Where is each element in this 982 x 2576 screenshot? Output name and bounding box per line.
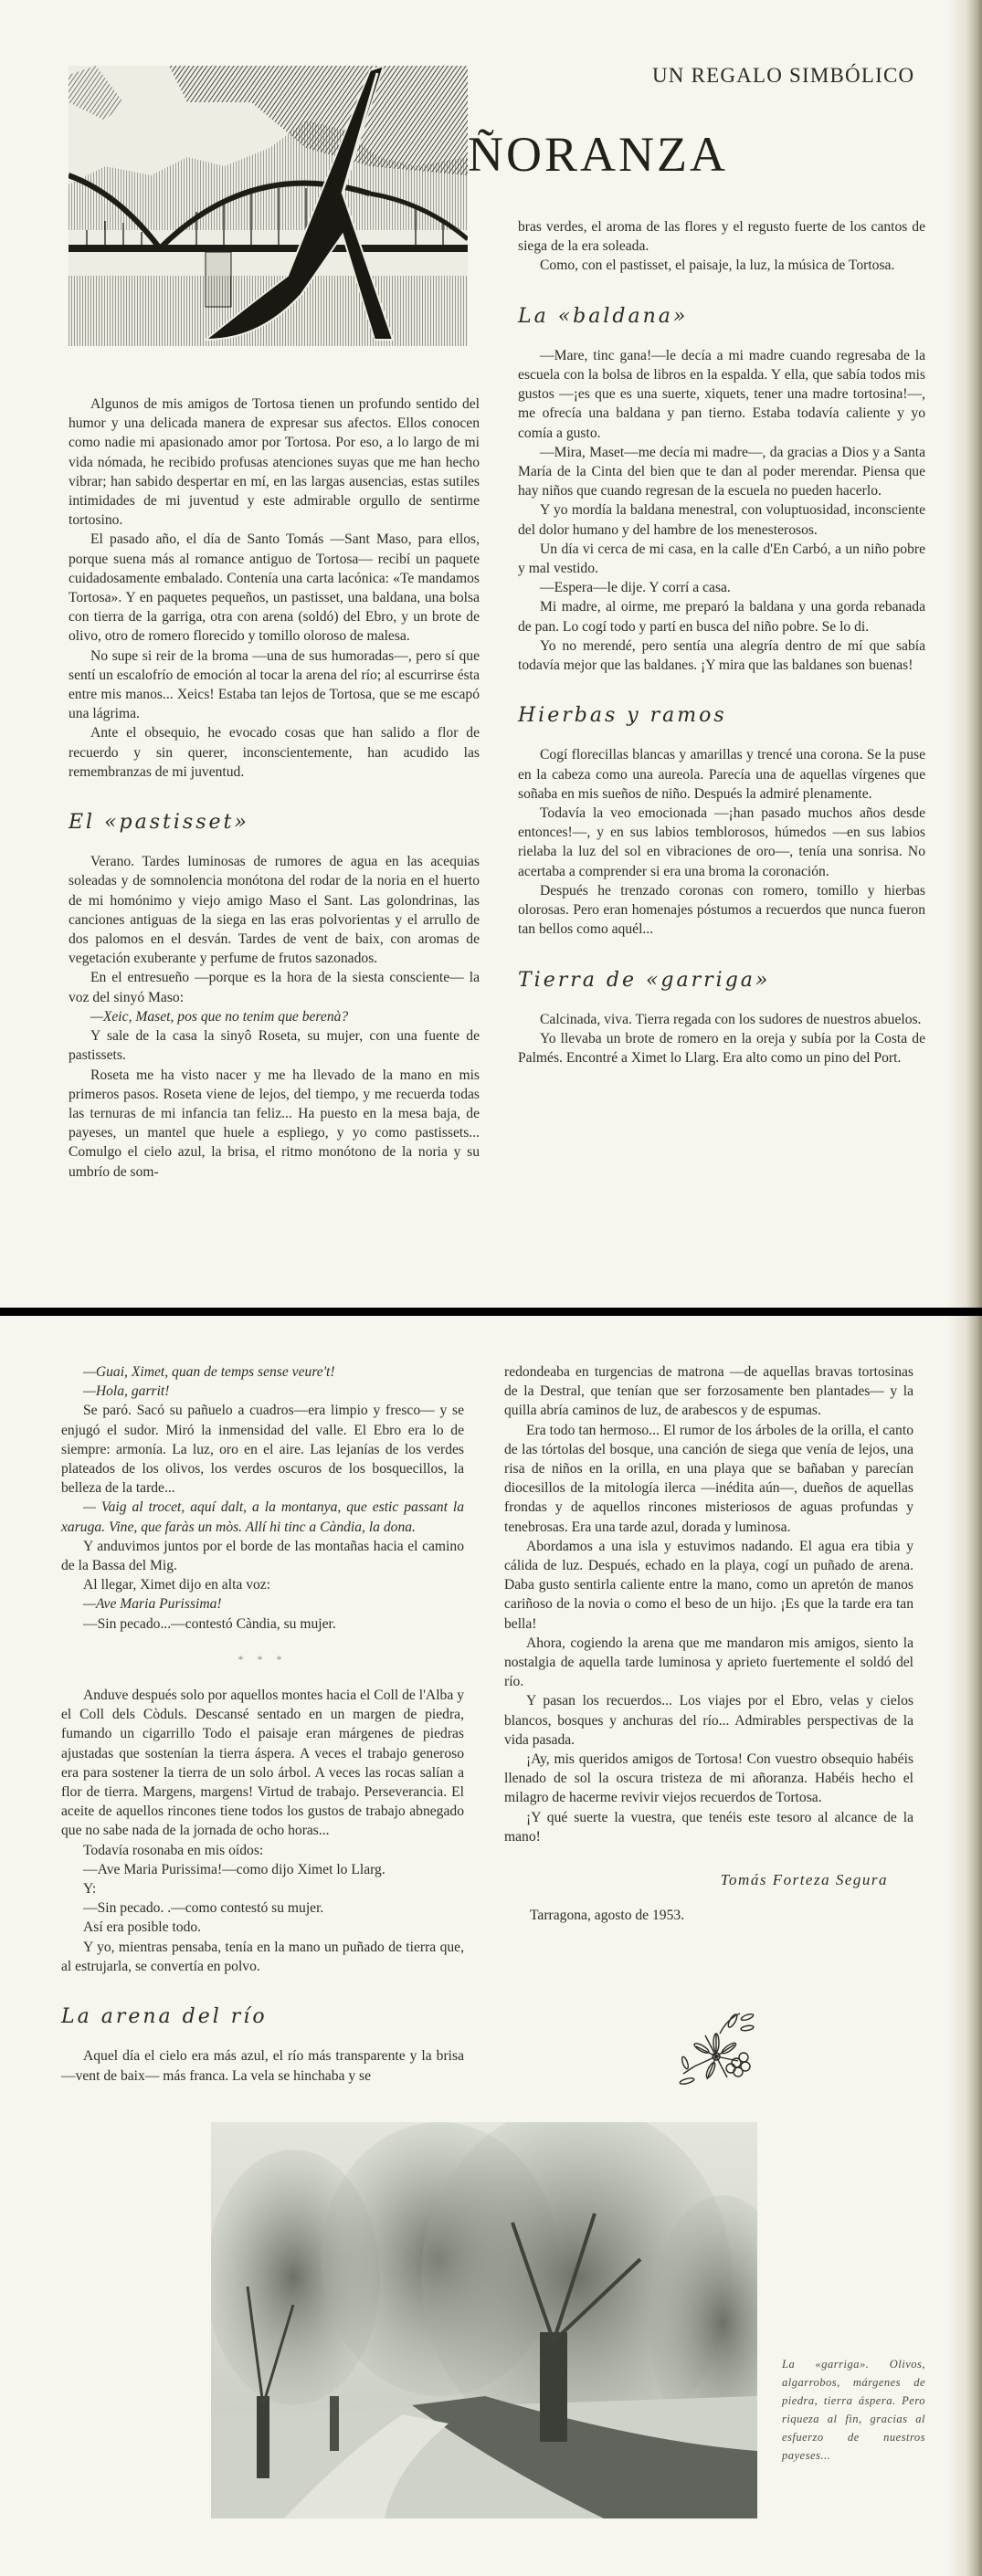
page2-left-column: —Guai, Ximet, quan de temps sense veure'… bbox=[61, 1362, 464, 2086]
paragraph: Al llegar, Ximet dijo en alta voz: bbox=[61, 1575, 464, 1594]
dialogue-line: —Ave Maria Purissima!—como dijo Ximet lo… bbox=[61, 1860, 464, 1879]
paragraph: Después he trenzado coronas con romero, … bbox=[518, 881, 925, 940]
section-separator: * * * bbox=[61, 1650, 464, 1669]
paragraph: Un día vi cerca de mi casa, en la calle … bbox=[518, 540, 925, 578]
author-signature: Tomás Forteza Segura bbox=[504, 1870, 913, 1889]
paragraph: ¡Y qué suerte la vuestra, que tenéis est… bbox=[504, 1808, 913, 1846]
running-head: UN REGALO SIMBÓLICO bbox=[652, 64, 914, 88]
paragraph: Roseta me ha visto nacer y me ha llevado… bbox=[69, 1066, 480, 1182]
paragraph: Todavía rosonaba en mis oídos: bbox=[61, 1841, 464, 1860]
olive-grove-photo bbox=[211, 2122, 757, 2518]
paragraph: Cogí florecillas blancas y amarillas y t… bbox=[518, 745, 925, 804]
paragraph: No supe si reir de la broma —una de sus … bbox=[69, 647, 480, 724]
page-binding-shadow bbox=[947, 1316, 982, 2576]
olive-grove-image-icon bbox=[211, 2122, 757, 2518]
dialogue-line: —Sin pecado...—contestó Càndia, su mujer… bbox=[61, 1614, 464, 1634]
title-illustration bbox=[69, 66, 468, 346]
bridge-drawing-icon bbox=[69, 66, 468, 346]
page-2: —Guai, Ximet, quan de temps sense veure'… bbox=[0, 1316, 982, 2576]
dialogue-line: —Hola, garrit! bbox=[61, 1382, 464, 1401]
paragraph: Yo llevaba un brote de romero en la orej… bbox=[518, 1029, 925, 1067]
paragraph: Y yo, mientras pensaba, tenía en la mano… bbox=[61, 1938, 464, 1976]
dialogue-line: —Guai, Ximet, quan de temps sense veure'… bbox=[61, 1362, 464, 1382]
paragraph: Y anduvimos juntos por el borde de las m… bbox=[61, 1537, 464, 1575]
paragraph: Así era posible todo. bbox=[61, 1918, 464, 1937]
paragraph: Ante el obsequio, he evocado cosas que h… bbox=[69, 723, 480, 782]
photo-caption: La «garriga». Olivos, algarrobos, márgen… bbox=[782, 2355, 925, 2465]
page-binding-shadow bbox=[947, 0, 982, 1308]
dialogue-line: —Xeic, Maset, pos que no tenim que beren… bbox=[69, 1007, 480, 1026]
paragraph: Calcinada, viva. Tierra regada con los s… bbox=[518, 1010, 925, 1029]
paragraph: Era todo tan hermoso... El rumor de los … bbox=[504, 1421, 913, 1537]
paragraph: Y pasan los recuerdos... Los viajes por … bbox=[504, 1691, 913, 1750]
paragraph: Se paró. Sacó su pañuelo a cuadros—era l… bbox=[61, 1401, 464, 1498]
paragraph-continuation: bras verdes, el aroma de las flores y el… bbox=[518, 217, 925, 256]
paragraph: El pasado año, el día de Santo Tomás —Sa… bbox=[69, 530, 480, 646]
paragraph: Y: bbox=[61, 1879, 464, 1898]
dialogue-line: —Ave Maria Purissima! bbox=[61, 1594, 464, 1614]
paragraph: Anduve después solo por aquellos montes … bbox=[61, 1686, 464, 1841]
paragraph: —Mare, tinc gana!—le decía a mi madre cu… bbox=[518, 346, 925, 443]
paragraph: Aquel día el cielo era más azul, el río … bbox=[61, 2046, 464, 2085]
paragraph: Algunos de mis amigos de Tortosa tienen … bbox=[69, 394, 480, 530]
dialogue-line: — Vaig al trocet, aquí dalt, a la montan… bbox=[61, 1498, 464, 1536]
paragraph: En el entresueño —porque es la hora de l… bbox=[69, 968, 480, 1006]
paragraph: Y yo mordía la baldana menestral, con vo… bbox=[518, 500, 925, 539]
paragraph: Ahora, cogiendo la arena que me mandaron… bbox=[504, 1634, 913, 1692]
paragraph: Yo no merendé, pero sentía una alegría d… bbox=[518, 636, 925, 675]
paragraph: Mi madre, al oirme, me preparó la baldan… bbox=[518, 597, 925, 636]
page1-right-column: bras verdes, el aroma de las flores y el… bbox=[518, 217, 925, 1067]
dialogue-line: —Sin pecado. .—como contestó su mujer. bbox=[61, 1898, 464, 1918]
paragraph: Verano. Tardes luminosas de rumores de a… bbox=[69, 852, 480, 968]
flower-sprig-icon bbox=[674, 2006, 756, 2090]
paragraph: —Espera—le dije. Y corrí a casa. bbox=[518, 578, 925, 597]
section-heading-garriga: Tierra de «garriga» bbox=[518, 971, 925, 990]
section-heading-hierbas: Hierbas y ramos bbox=[518, 706, 925, 725]
page2-right-column: redondeaba en turgencias de matrona —de … bbox=[504, 1362, 913, 1925]
place-date: Tarragona, agosto de 1953. bbox=[504, 1906, 913, 1925]
paragraph: Como, con el pastisset, el paisaje, la l… bbox=[518, 256, 925, 275]
section-heading-baldana: La «baldana» bbox=[518, 307, 925, 326]
paragraph: ¡Ay, mis queridos amigos de Tortosa! Con… bbox=[504, 1750, 913, 1808]
paragraph: Y sale de la casa la sinyô Roseta, su mu… bbox=[69, 1026, 480, 1065]
paragraph-continuation: redondeaba en turgencias de matrona —de … bbox=[504, 1362, 913, 1421]
section-heading-arena: La arena del río bbox=[61, 2007, 464, 2026]
article-title: ÑORANZA bbox=[468, 126, 728, 183]
paragraph: Todavía la veo emocionada —¡han pasado m… bbox=[518, 804, 925, 881]
section-heading-pastisset: El «pastisset» bbox=[69, 813, 480, 832]
page-1: UN REGALO SIMBÓLICO bbox=[0, 0, 982, 1308]
page1-left-column: Algunos de mis amigos de Tortosa tienen … bbox=[69, 394, 480, 1182]
paragraph: Abordamos a una isla y estuvimos nadando… bbox=[504, 1537, 913, 1634]
paragraph: —Mira, Maset—me decía mi madre—, da grac… bbox=[518, 443, 925, 501]
